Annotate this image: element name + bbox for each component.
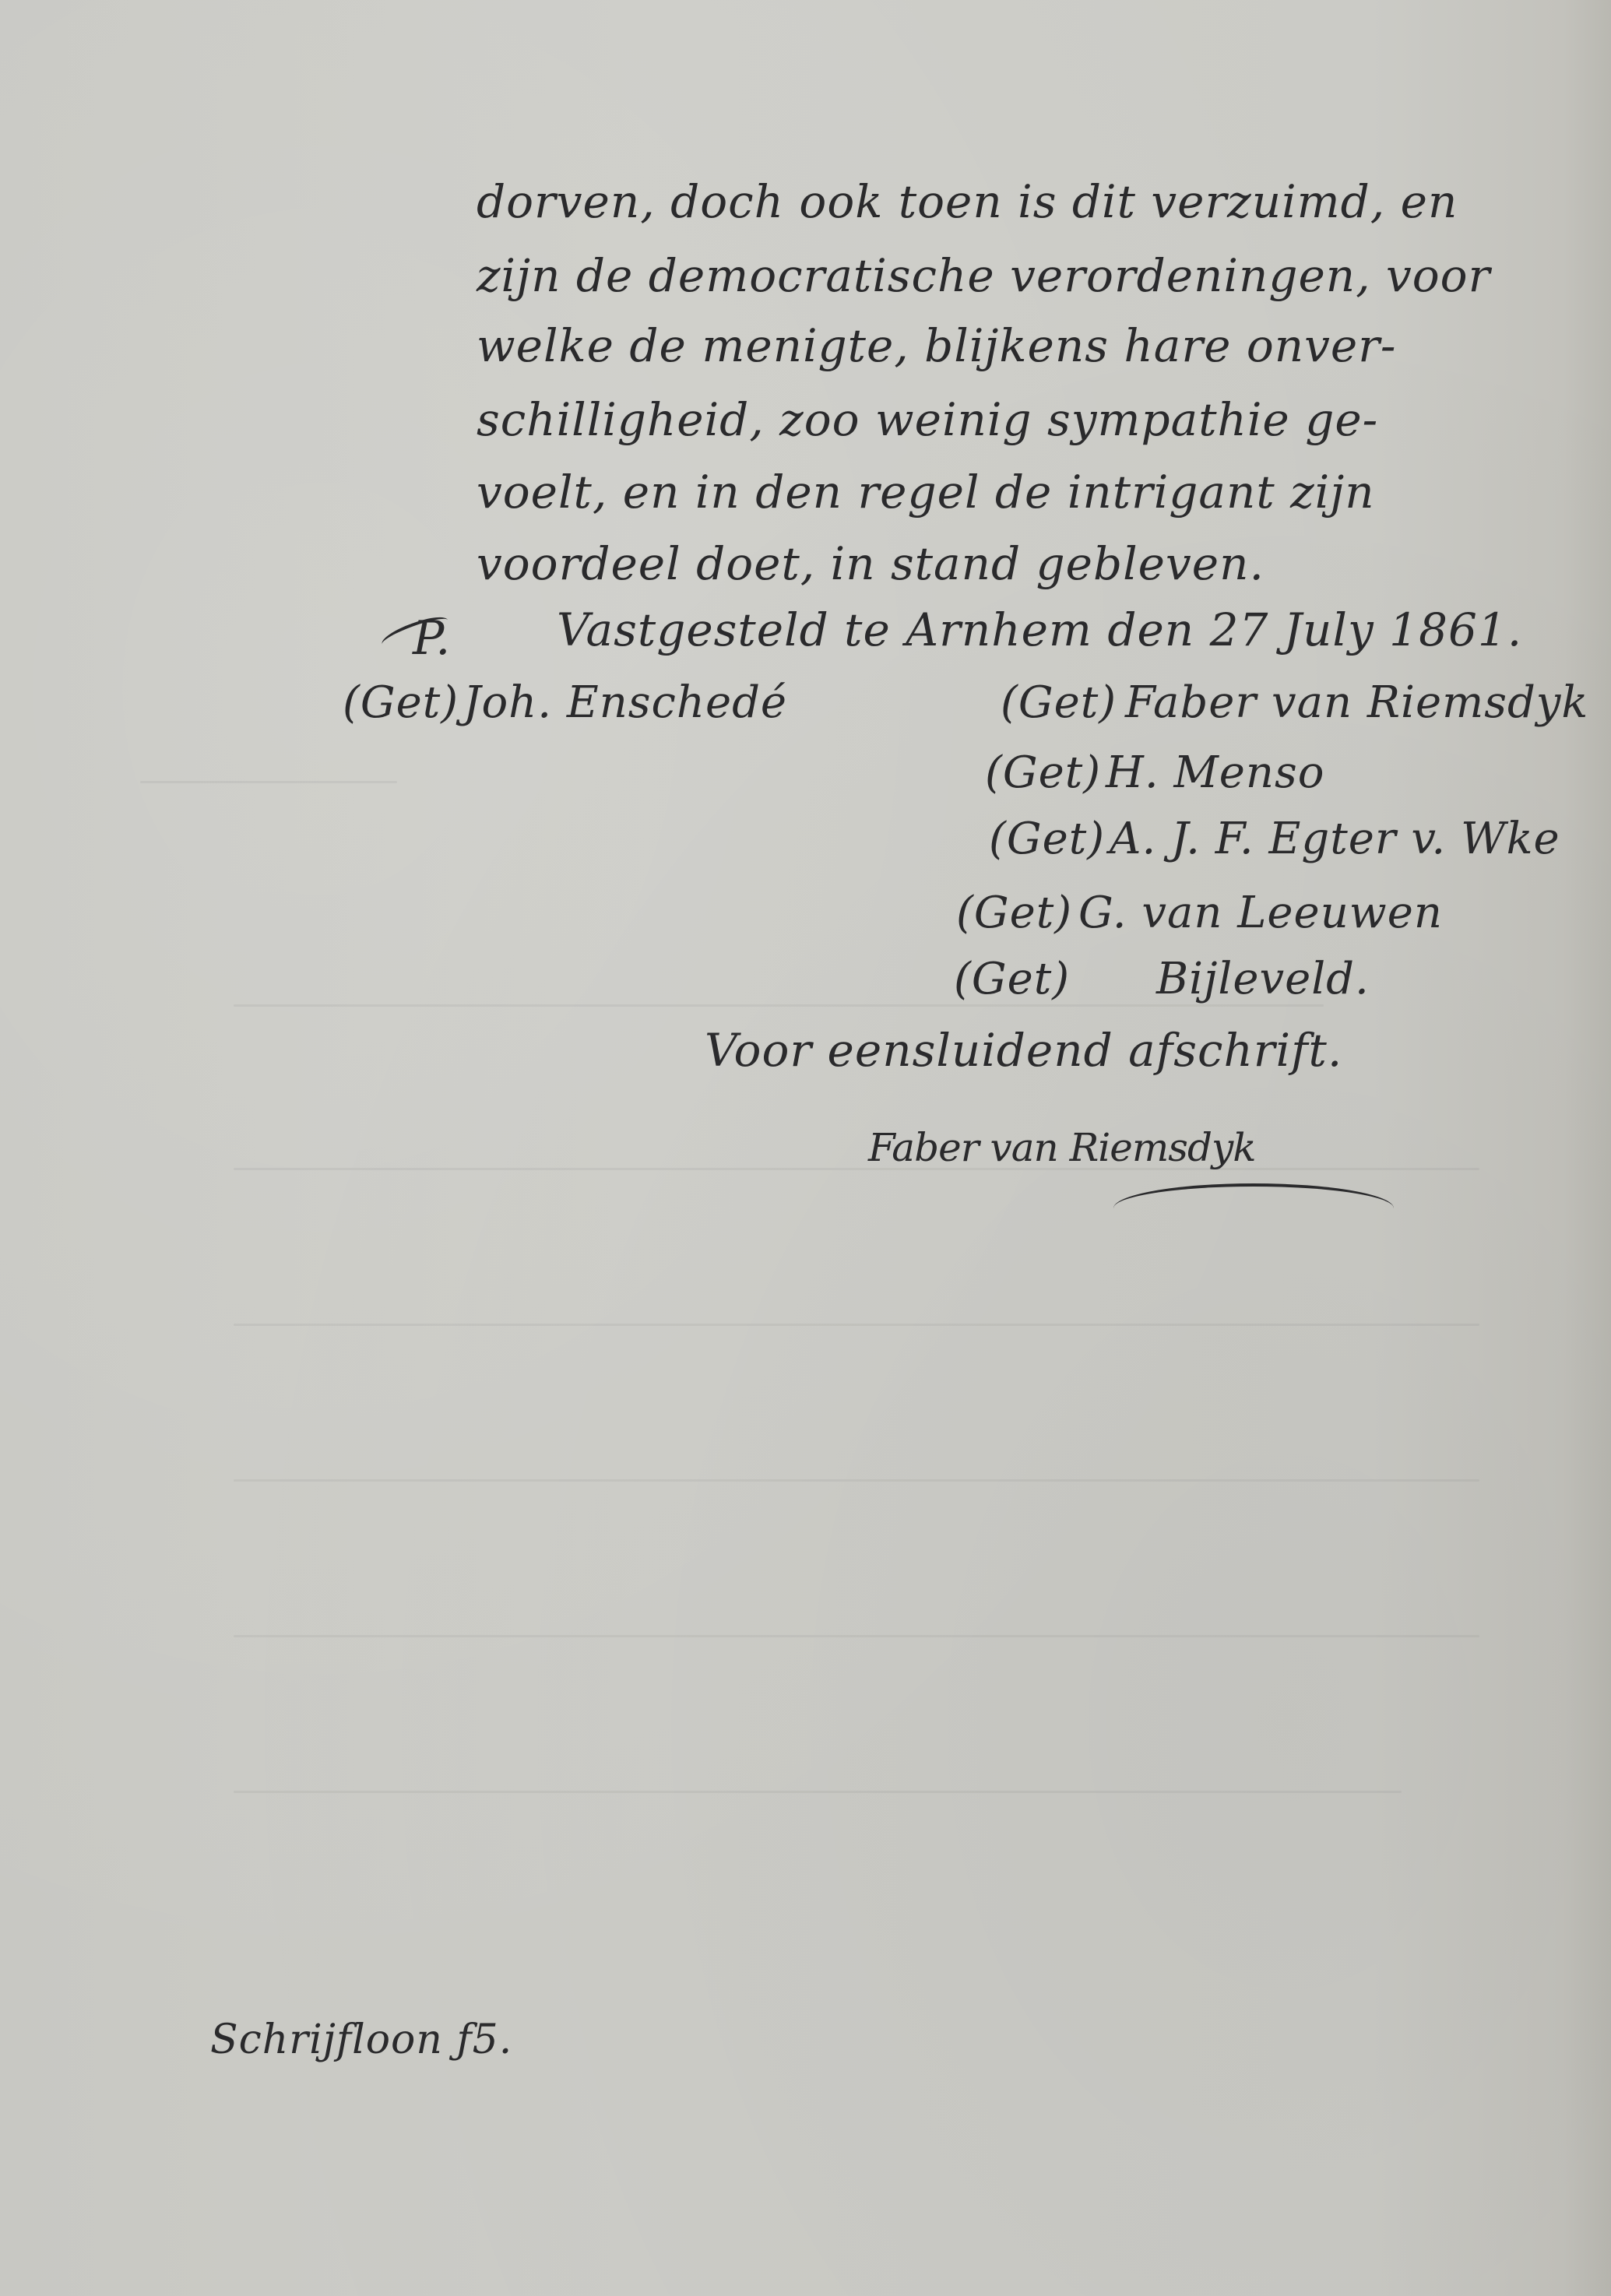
footer-note: Schrijfloon ƒ5. <box>210 2016 512 2063</box>
signature-flourish <box>1113 1183 1394 1233</box>
body-line: zijn de democratische verordeningen, voo… <box>477 249 1490 302</box>
bleed-through-line <box>234 1168 1479 1170</box>
signatory-name: Faber van Riemsdyk <box>1125 677 1588 728</box>
bleed-through-line <box>234 1635 1479 1637</box>
body-line: welke de menigte, blijkens hare onver- <box>477 319 1397 372</box>
signatory-name: H. Menso <box>1106 747 1324 798</box>
signatory-name: G. van Leeuwen <box>1078 888 1443 938</box>
body-line: voelt, en in den regel de intrigant zijn <box>477 466 1375 519</box>
signatory-prefix: (Get) <box>343 677 459 728</box>
signatory-prefix: (Get) <box>985 747 1101 798</box>
signatory-name: A. J. F. Egter v. Wke <box>1110 814 1560 864</box>
date-line: Vastgesteld te Arnhem den 27 July 1861. <box>557 603 1522 656</box>
body-line: dorven, doch ook toen is dit verzuimd, e… <box>477 175 1458 228</box>
signatory-prefix: (Get) <box>956 888 1072 938</box>
signatory-prefix: (Get) <box>989 814 1105 864</box>
manuscript-page: dorven, doch ook toen is dit verzuimd, e… <box>0 0 1611 2296</box>
bleed-through-line <box>234 1479 1479 1482</box>
bleed-through-line <box>234 1791 1402 1793</box>
signatory-name: Bijleveld. <box>1156 954 1370 1004</box>
signatory-prefix: (Get) <box>1001 677 1117 728</box>
certifier-signature: Faber van Riemsdyk <box>868 1125 1256 1170</box>
certification-line: Voor eensluidend afschrift. <box>705 1024 1342 1077</box>
signatory-prefix: (Get) <box>954 954 1070 1004</box>
body-line: voordeel doet, in stand gebleven. <box>477 537 1265 590</box>
bleed-through-line <box>140 781 397 783</box>
bleed-through-line <box>234 1324 1479 1326</box>
bleed-through-line <box>234 1004 1324 1007</box>
signatory-name: Joh. Enschedé <box>463 677 787 728</box>
body-line: schilligheid, zoo weinig sympathie ge- <box>477 393 1378 446</box>
